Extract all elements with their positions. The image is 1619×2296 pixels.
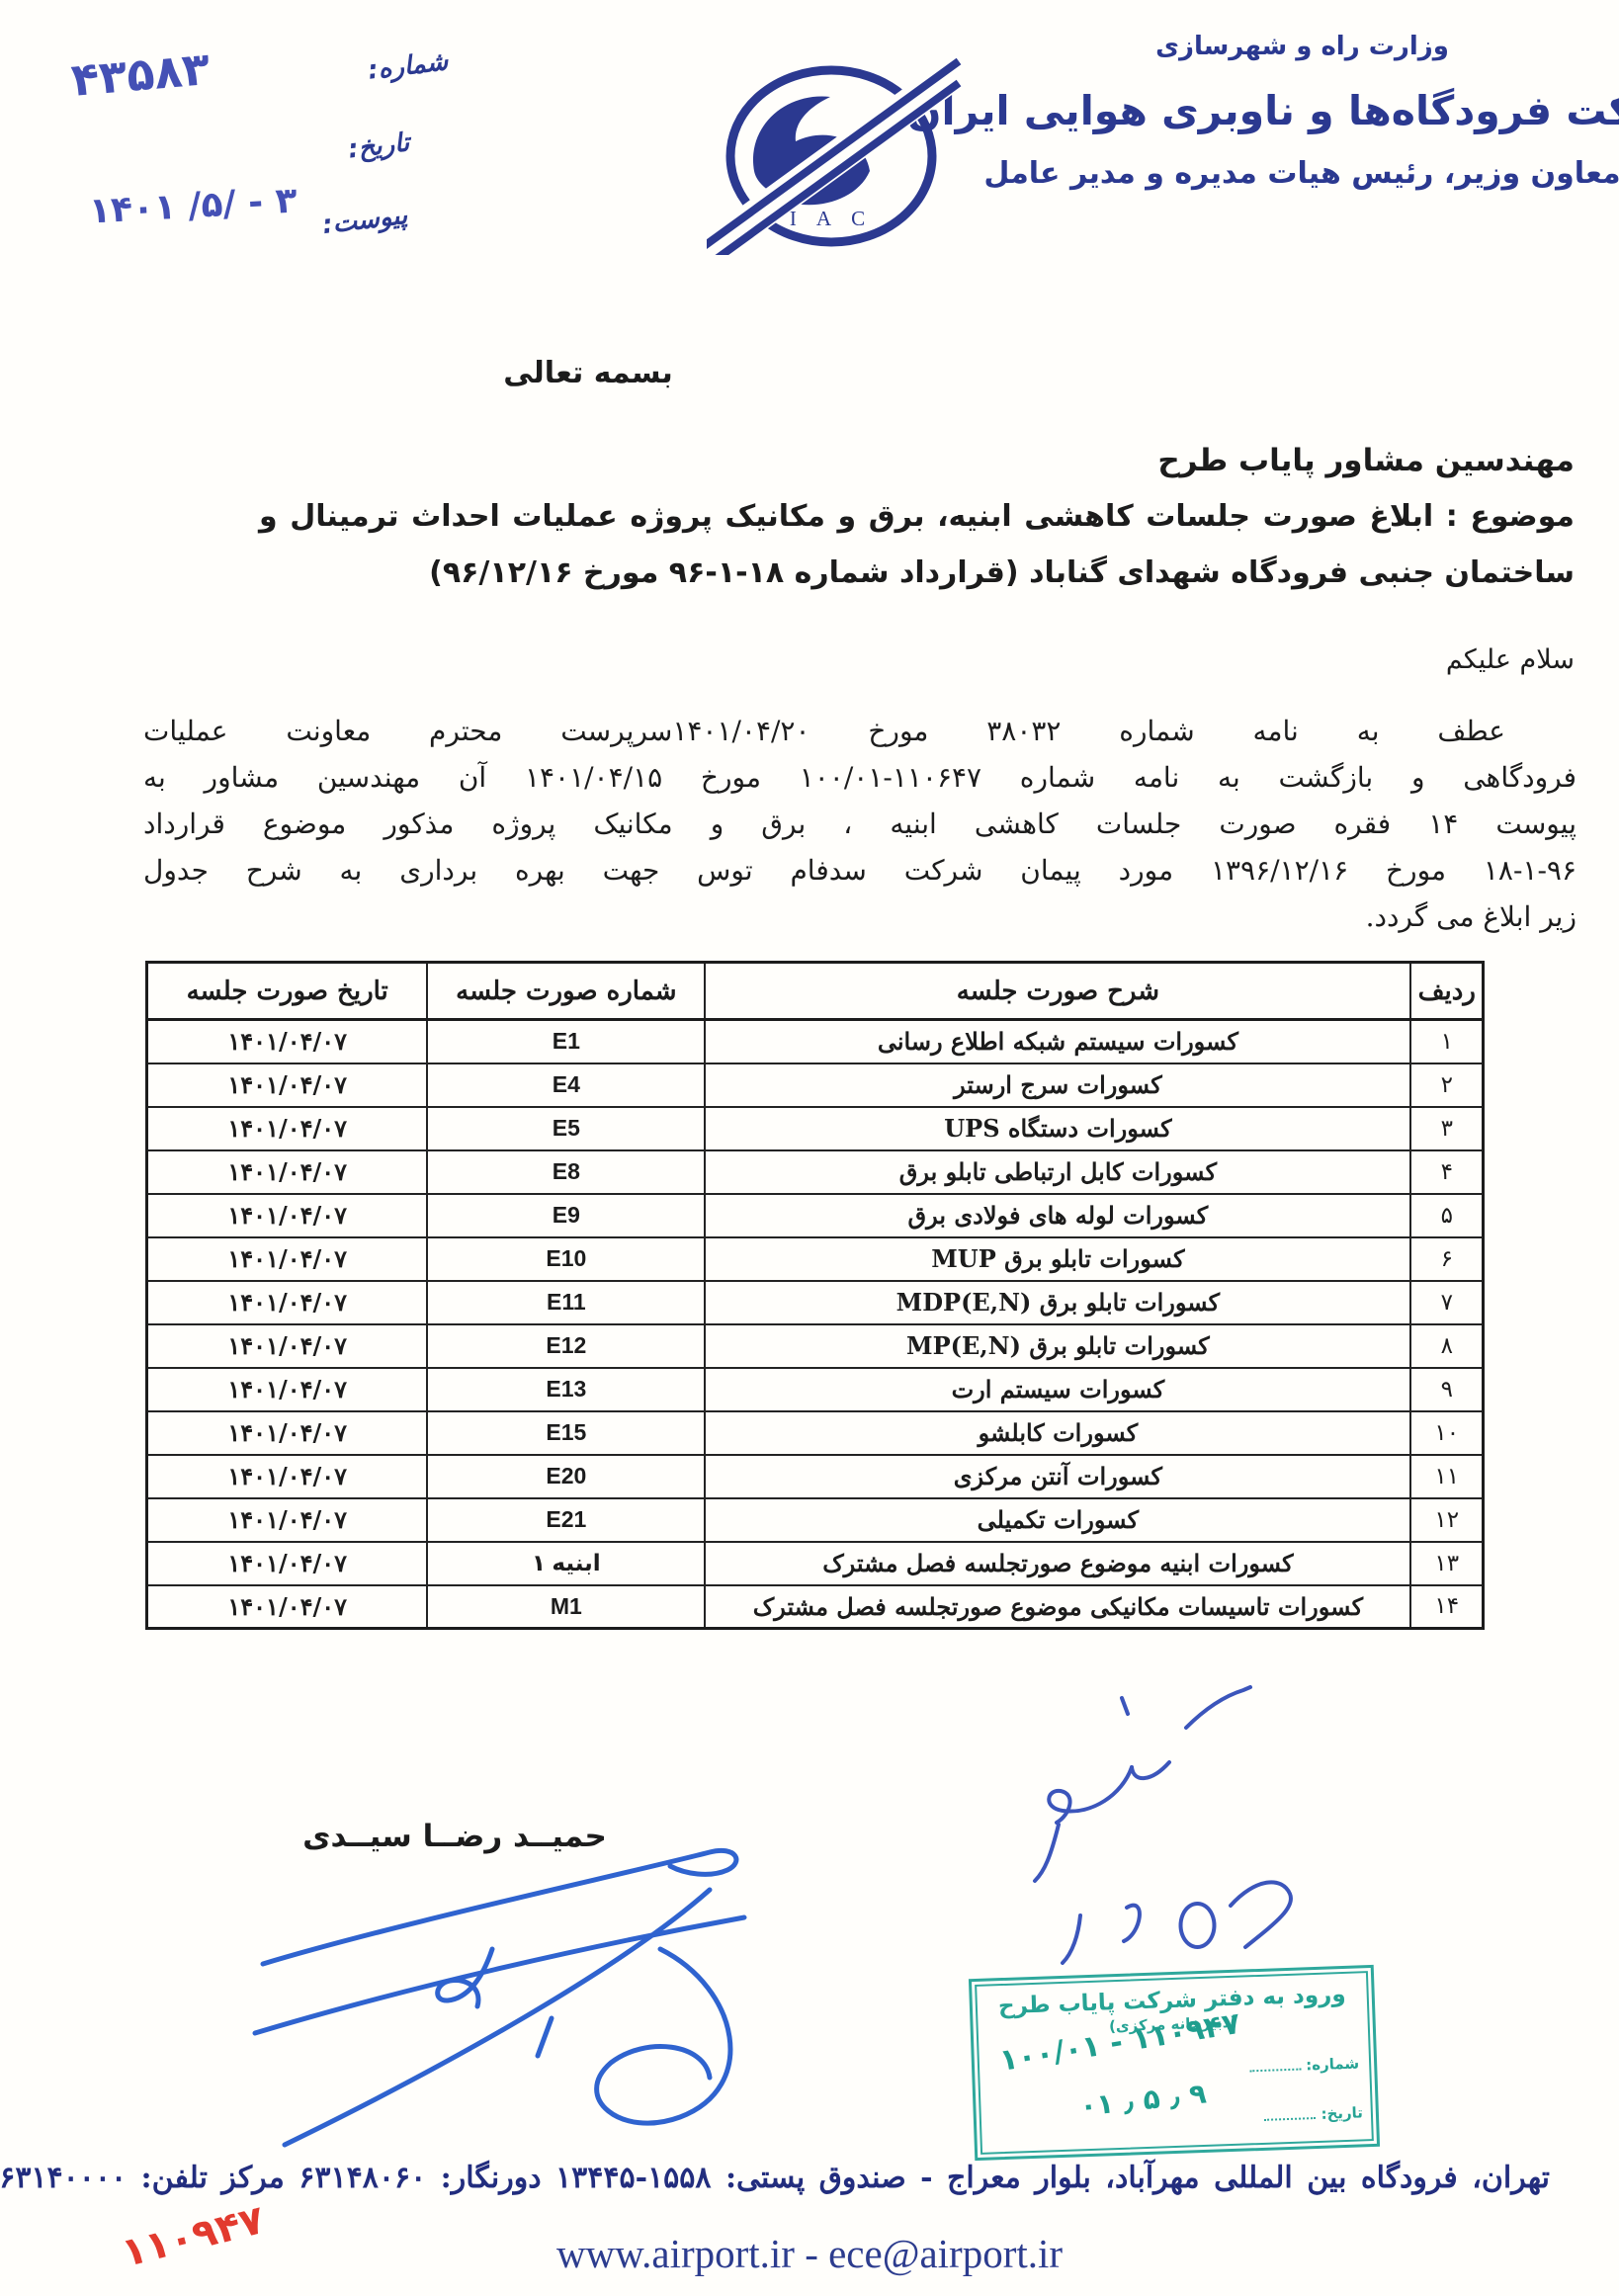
table-row: ۳ کسورات دستگاه UPS E5 ۱۴۰۱/۰۴/۰۷: [147, 1107, 1484, 1150]
ministry-title: وزارت راه و شهرسازی: [1155, 32, 1449, 61]
minutes-table-body: ۱ کسورات سیستم شبکه اطلاع رسانی E1 ۱۴۰۱/…: [147, 1020, 1484, 1629]
cell-minute-number: E9: [427, 1194, 705, 1237]
cell-minute-number: E13: [427, 1368, 705, 1411]
ref-date-label: تاریخ:: [346, 128, 410, 164]
cell-minute-number: E12: [427, 1324, 705, 1368]
body-line: زیر ابلاغ می گردد.: [143, 893, 1576, 940]
cell-row-number: ۸: [1410, 1324, 1483, 1368]
cell-minute-date: ۱۴۰۱/۰۴/۰۷: [147, 1498, 428, 1542]
cell-minute-date: ۱۴۰۱/۰۴/۰۷: [147, 1063, 428, 1107]
table-row: ۱۳ کسورات ابنیه موضوع صورتجلسه فصل مشترک…: [147, 1542, 1484, 1585]
cell-description: کسورات کابل ارتباطی تابلو برق: [705, 1150, 1410, 1194]
stamp-number-label-text: شماره:: [1306, 2054, 1360, 2074]
handwritten-ref-number: ۴۳۵۸۳: [69, 42, 213, 107]
body-line: فرودگاهی و بازگشت به نامه شماره ۱۱۰۶۴۷-۱…: [143, 754, 1576, 801]
cell-minute-number: E4: [427, 1063, 705, 1107]
cell-minute-date: ۱۴۰۱/۰۴/۰۷: [147, 1411, 428, 1455]
cell-row-number: ۱۰: [1410, 1411, 1483, 1455]
cell-row-number: ۳: [1410, 1107, 1483, 1150]
cell-row-number: ۹: [1410, 1368, 1483, 1411]
table-row: ۱۰ کسورات کابلشو E15 ۱۴۰۱/۰۴/۰۷: [147, 1411, 1484, 1455]
cell-minute-number: E21: [427, 1498, 705, 1542]
body-line: پیوست ۱۴ فقره صورت جلسات کاهشی ابنیه ، ب…: [143, 801, 1576, 847]
body-line: ۱۸-۱-۹۶ مورخ ۱۳۹۶/۱۲/۱۶ مورد پیمان شرکت …: [143, 847, 1576, 893]
cell-description: کسورات تابلو برق MUP: [705, 1237, 1410, 1281]
footer-address: تهران، فرودگاه بین المللی مهرآباد، بلوار…: [69, 2161, 1550, 2195]
cell-minute-date: ۱۴۰۱/۰۴/۰۷: [147, 1194, 428, 1237]
handwritten-note-icon: [964, 1668, 1389, 1965]
table-row: ۴ کسورات کابل ارتباطی تابلو برق E8 ۱۴۰۱/…: [147, 1150, 1484, 1194]
letter-body: عطف به نامه شماره ۳۸۰۳۲ مورخ ۱۴۰۱/۰۴/۲۰س…: [143, 708, 1576, 940]
cell-description: کسورات تابلو برق MP(E,N)‎: [705, 1324, 1410, 1368]
airport-company-logo-icon: I A C: [707, 57, 974, 255]
table-row: ۱۱ کسورات آنتن مرکزی E20 ۱۴۰۱/۰۴/۰۷: [147, 1455, 1484, 1498]
signer-role-title: معاون وزیر، رئیس هیات مدیره و مدیر عامل: [983, 156, 1619, 191]
table-row: ۱۲ کسورات تکمیلی E21 ۱۴۰۱/۰۴/۰۷: [147, 1498, 1484, 1542]
cell-minute-date: ۱۴۰۱/۰۴/۰۷: [147, 1150, 428, 1194]
header-minute-date: تاریخ صورت جلسه: [147, 963, 428, 1020]
subject-line-1: موضوع : ابلاغ صورت جلسات کاهشی ابنیه، بر…: [259, 499, 1575, 534]
cell-row-number: ۱۴: [1410, 1585, 1483, 1629]
cell-description: کسورات دستگاه UPS: [705, 1107, 1410, 1150]
cell-minute-date: ۱۴۰۱/۰۴/۰۷: [147, 1107, 428, 1150]
cell-minute-date: ۱۴۰۱/۰۴/۰۷: [147, 1020, 428, 1063]
stamp-handwritten-date: ۰۱ ٫ ۵ ٫ ۹: [1078, 2078, 1208, 2123]
cell-row-number: ۵: [1410, 1194, 1483, 1237]
table-row: ۹ کسورات سیستم ارت E13 ۱۴۰۱/۰۴/۰۷: [147, 1368, 1484, 1411]
receipt-stamp-border: ورود به دفتر شرکت پایاب طرح (دبیرخانه مر…: [975, 1971, 1374, 2155]
iac-logo: I A C: [707, 57, 974, 255]
minutes-table-header: ردیف شرح صورت جلسه شماره صورت جلسه تاریخ…: [147, 963, 1484, 1020]
stamp-date-label: تاریخ:: [1264, 2103, 1363, 2124]
header-row-number: ردیف: [1410, 963, 1483, 1020]
scanned-official-letter: وزارت راه و شهرسازی شرکت فرودگاه‌ها و نا…: [0, 0, 1619, 2296]
cell-description: کسورات لوله های فولادی برق: [705, 1194, 1410, 1237]
cell-minute-number: E5: [427, 1107, 705, 1150]
cell-description: کسورات سیستم شبکه اطلاع رسانی: [705, 1020, 1410, 1063]
header-minute-number: شماره صورت جلسه: [427, 963, 705, 1020]
letterhead: وزارت راه و شهرسازی شرکت فرودگاه‌ها و نا…: [1023, 32, 1581, 191]
table-row: ۸ کسورات تابلو برق MP(E,N)‎ E12 ۱۴۰۱/۰۴/…: [147, 1324, 1484, 1368]
stamp-number-dots: [1249, 2057, 1301, 2073]
table-row: ۷ کسورات تابلو برق MDP(E,N)‎ E11 ۱۴۰۱/۰۴…: [147, 1281, 1484, 1324]
stamp-number-label: شماره:: [1249, 2054, 1360, 2076]
header-description: شرح صورت جلسه: [705, 963, 1410, 1020]
receipt-stamp: ورود به دفتر شرکت پایاب طرح (دبیرخانه مر…: [969, 1965, 1380, 2161]
subject-line-2: ساختمان جنبی فرودگاه شهدای گناباد (قرارد…: [429, 555, 1575, 590]
stamp-date-label-text: تاریخ:: [1321, 2103, 1363, 2122]
cell-description: کسورات تکمیلی: [705, 1498, 1410, 1542]
cell-minute-number: E1: [427, 1020, 705, 1063]
cell-minute-date: ۱۴۰۱/۰۴/۰۷: [147, 1542, 428, 1585]
cell-minute-date: ۱۴۰۱/۰۴/۰۷: [147, 1368, 428, 1411]
cell-row-number: ۷: [1410, 1281, 1483, 1324]
cell-description: کسورات سرج ارستر: [705, 1063, 1410, 1107]
body-line: عطف به نامه شماره ۳۸۰۳۲ مورخ ۱۴۰۱/۰۴/۲۰س…: [143, 708, 1576, 754]
greeting-line: سلام علیکم: [1446, 644, 1575, 675]
cell-minute-number: E8: [427, 1150, 705, 1194]
table-row: ۲ کسورات سرج ارستر E4 ۱۴۰۱/۰۴/۰۷: [147, 1063, 1484, 1107]
cell-description: کسورات تاسیسات مکانیکی موضوع صورتجلسه فص…: [705, 1585, 1410, 1629]
cell-minute-number: E10: [427, 1237, 705, 1281]
cell-row-number: ۱۳: [1410, 1542, 1483, 1585]
cell-minute-number: E20: [427, 1455, 705, 1498]
cell-description: کسورات تابلو برق MDP(E,N)‎: [705, 1281, 1410, 1324]
cell-minute-number: M1: [427, 1585, 705, 1629]
cell-row-number: ۱۱: [1410, 1455, 1483, 1498]
cell-minute-number: ابنیه ۱: [427, 1542, 705, 1585]
cell-minute-date: ۱۴۰۱/۰۴/۰۷: [147, 1324, 428, 1368]
besmellah-heading: بسمه تعالی: [450, 356, 726, 390]
cell-row-number: ۲: [1410, 1063, 1483, 1107]
ref-number-label: شماره:: [366, 46, 449, 86]
cell-minute-date: ۱۴۰۱/۰۴/۰۷: [147, 1585, 428, 1629]
handwritten-signature-icon: [245, 1830, 759, 2157]
cell-minute-number: E15: [427, 1411, 705, 1455]
ref-attachment-label: پیوست:: [320, 201, 408, 240]
cell-row-number: ۴: [1410, 1150, 1483, 1194]
stamp-date-dots: [1264, 2105, 1316, 2121]
cell-description: کسورات آنتن مرکزی: [705, 1455, 1410, 1498]
cell-row-number: ۶: [1410, 1237, 1483, 1281]
logo-letters: I A C: [790, 207, 873, 230]
cell-minute-date: ۱۴۰۱/۰۴/۰۷: [147, 1455, 428, 1498]
cell-row-number: ۱: [1410, 1020, 1483, 1063]
handwritten-ref-date: ۱۴۰۱ /۵/ - ۳: [88, 181, 298, 232]
table-row: ۱۴ کسورات تاسیسات مکانیکی موضوع صورتجلسه…: [147, 1585, 1484, 1629]
cell-description: کسورات سیستم ارت: [705, 1368, 1410, 1411]
table-row: ۶ کسورات تابلو برق MUP E10 ۱۴۰۱/۰۴/۰۷: [147, 1237, 1484, 1281]
cell-row-number: ۱۲: [1410, 1498, 1483, 1542]
table-row: ۱ کسورات سیستم شبکه اطلاع رسانی E1 ۱۴۰۱/…: [147, 1020, 1484, 1063]
cell-description: کسورات ابنیه موضوع صورتجلسه فصل مشترک: [705, 1542, 1410, 1585]
table-row: ۵ کسورات لوله های فولادی برق E9 ۱۴۰۱/۰۴/…: [147, 1194, 1484, 1237]
cell-minute-date: ۱۴۰۱/۰۴/۰۷: [147, 1237, 428, 1281]
cell-minute-date: ۱۴۰۱/۰۴/۰۷: [147, 1281, 428, 1324]
cell-description: کسورات کابلشو: [705, 1411, 1410, 1455]
recipient-line: مهندسین مشاور پایاب طرح: [1157, 443, 1575, 478]
subject-line-1-text: موضوع : ابلاغ صورت جلسات کاهشی ابنیه، بر…: [259, 499, 1575, 534]
company-title: شرکت فرودگاه‌ها و ناوبری هوایی ایران: [907, 87, 1619, 134]
minutes-table: ردیف شرح صورت جلسه شماره صورت جلسه تاریخ…: [145, 961, 1485, 1630]
cell-minute-number: E11: [427, 1281, 705, 1324]
